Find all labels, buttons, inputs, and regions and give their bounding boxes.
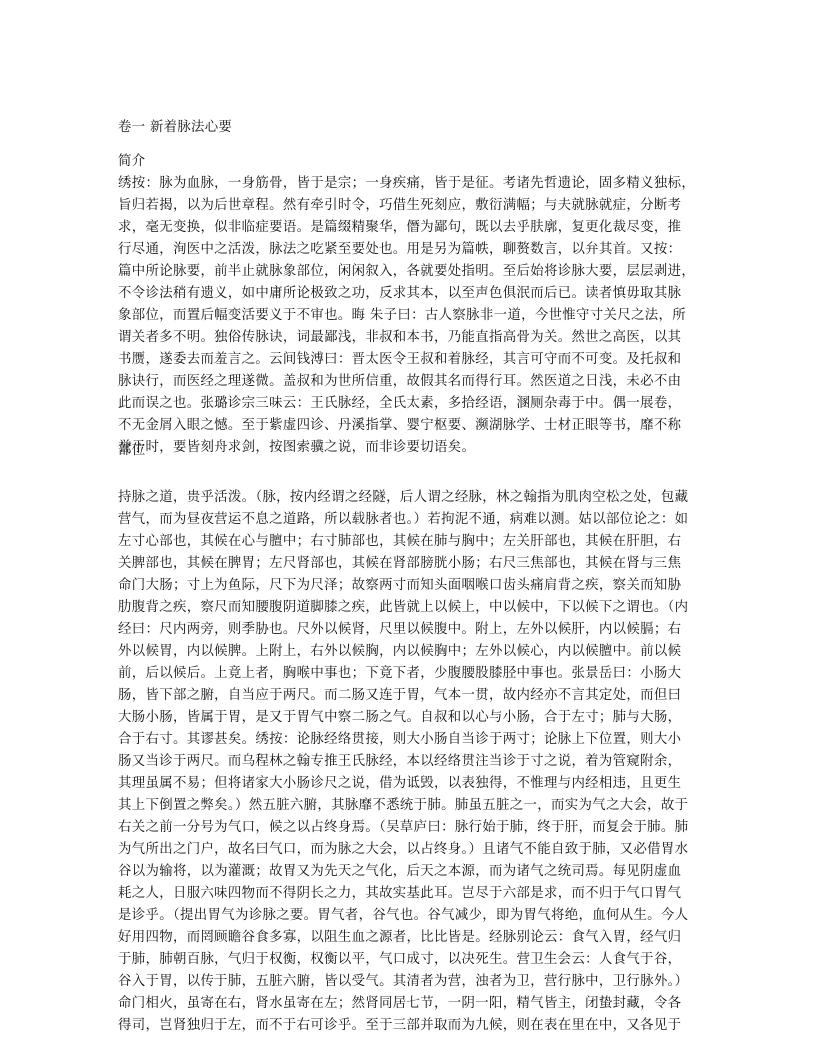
paragraph-line: 经曰：尺内两旁，则季胁也。尺外以候肾，尺里以候腹中。附上，左外以候肝，内以候膈；… [118, 619, 681, 641]
paragraph-line: 左寸心部也，其候在心与膻中；右寸肺部也，其候在肺与胸中；左关肝部也，其候在肝胆，… [118, 531, 681, 553]
paragraph-line: 不无金屑入眼之憾。至于紫虚四诊、丹溪指掌、婴宁枢要、濒湖脉学、士材正眼等书，靡不… [118, 415, 681, 437]
paragraph-line: 营气，而为昼夜营运不息之道路，所以载脉者也。）若拘泥不通，病难以测。姑以部位论之… [118, 509, 688, 531]
paragraph-line: 谷入于胃，以传于肺，五脏六腑，皆以受气。其清者为营，浊者为卫，营行脉中，卫行脉外… [118, 971, 688, 993]
paragraph-line: 命门相火，虽寄在右，肾水虽寄在左；然肾同居七节，一阴一阳，精气皆主，闭蛰封藏，令… [118, 993, 681, 1015]
chapter-title: 卷一 新着脉法心要 [118, 117, 232, 139]
paragraph-line: 其理虽属不易；但将诸家大小肠诊尺之说，借为诋毁，以表独得，不惟理与内经相违，且更… [118, 773, 681, 795]
section-heading: 简介 [118, 151, 145, 173]
paragraph-line: 谓关者多不明。独俗传脉诀，词最鄙浅，非叔和本书，乃能直指高骨为关。然世之高医，以… [118, 327, 681, 349]
paragraph-line: 肠，皆下部之腑，自当应于两尺。而二肠又连于胃，气本一贯，故内经亦不言其定处，而但… [118, 685, 681, 707]
paragraph-line: 命门大肠；寸上为鱼际，尺下为尺泽；故察两寸而知头面咽喉口齿头痛肩背之疾，察关而知… [118, 575, 681, 597]
paragraph-line: 肠又当诊于两尺。而乌程林之翰专推王氏脉经，本以经络贯注当诊于寸之说，着为管窥附余… [118, 751, 681, 773]
paragraph-line: 书赝，遂委去而羞言之。云间钱溥曰：晋太医令王叔和着脉经，其言可守而不可变。及托叔… [118, 349, 681, 371]
paragraph-line: 脉诀行，而医经之理遂微。盖叔和为世所信重，故假其名而得行耳。然医道之日浅，未必不… [118, 371, 681, 393]
paragraph-line: 象部位，而置后幅变活要义于不审也。晦 朱子曰：古人察脉非一道，今世惟守寸关尺之法… [118, 305, 686, 327]
paragraph-line: 此而误之也。张璐诊宗三味云：王氏脉经，全氏太素，多拾经语，溷厕杂毒于中。偶一展卷… [118, 393, 681, 415]
paragraph-line: 行尽通，洵医中之活泼，脉法之吃紧至要处也。用是另为篇帙，聊赘数言，以弁其首。又按… [118, 239, 681, 261]
paragraph-line: 合于右寸。其谬甚矣。绣按：论脉经络贯接，则大小肠自当诊于两寸；论脉上下位置，则大… [118, 729, 681, 751]
paragraph-line: 肋腹背之疾，察尺而知腰腹阴道脚膝之疾，此皆就上以候上，中以候中，下以候下之谓也。… [118, 597, 688, 619]
paragraph-line: 不令诊法稍有遗义，如中庸所论极致之功，反求其本，以至声色俱泯而后已。读者慎毋取其… [118, 283, 681, 305]
paragraph-line: 篇中所论脉要，前半止就脉象部位，闲闲叙入，各就要处指明。至后始将诊脉大要，层层剥… [118, 261, 695, 283]
paragraph-line: 耗之人，日服六味四物而不得阴长之力，其故实基此耳。岂尽于六部是求，而不归于气口胃… [118, 883, 681, 905]
paragraph-line: 为气所出之门户，故名曰气口，而为脉之大会，以占终身。）且诸气不能自致于肺，又必借… [118, 839, 688, 861]
paragraph-line: 绣按：脉为血脉，一身筋骨，皆于是宗；一身疾痛，皆于是征。考诸先哲遗论，固多精义独… [118, 173, 695, 195]
section-heading: 部位 [118, 440, 145, 462]
paragraph-line: 誉于时，要皆刻舟求剑，按图索骥之说，而非诊要切语矣。 [118, 437, 475, 459]
paragraph-line: 右关之前一分号为气口，候之以占终身焉。（吴草庐曰：脉行始于肺，终于肝，而复会于肺… [118, 817, 688, 839]
paragraph-line: 得司，岂肾独归于左，而不于右可诊乎。至于三部并取而为九候，则在表在里在中，又各见… [118, 1015, 681, 1037]
paragraph-line: 外以候胃，内以候脾。上附上，右外以候胸，内以候胸中；左外以候心，内以候膻中。前以… [118, 641, 681, 663]
paragraph-line: 大肠小肠，皆属于胃，是又于胃气中察二肠之气。自叔和以心与小肠，合于左寸；肺与大肠… [118, 707, 681, 729]
paragraph-line: 谷以为输将，以为灌溉；故胃又为先天之气化，后天之本源，而为诸气之统司焉。每见阴虚… [118, 861, 681, 883]
paragraph-line: 于肺，肺朝百脉，气归于权衡，权衡以平，气口成寸，以决死生。营卫生会云：人食气于谷… [118, 949, 681, 971]
paragraph-line: 关脾部也，其候在脾胃；左尺肾部也，其候在肾部膀胱小肠；右尺三焦部也，其候在肾与三… [118, 553, 681, 575]
paragraph-line: 求，毫无变换，似非临症要语。是篇缀精聚华，僭为鄙句，既以去乎肤廓，复更化裁尽变，… [118, 217, 681, 239]
paragraph-line: 是诊乎。（提出胃气为诊脉之要。胃气者，谷气也。谷气减少，即为胃气将绝，血何从生。… [118, 905, 688, 927]
paragraph-line: 好用四物，而罔顾瞻谷食多寡，以阻生血之源者，比比皆是。经脉别论云：食气入胃，经气… [118, 927, 681, 949]
paragraph-line: 持脉之道，贵乎活泼。（脉，按内经谓之经隧，后人谓之经脉，林之翰指为肌肉空松之处，… [118, 487, 688, 509]
paragraph-line: 其上下倒置之弊矣。）然五脏六腑，其脉靡不悉统于肺。肺虽五脏之一，而实为气之大会，… [118, 795, 688, 817]
paragraph-line: 前，后以候后。上竟上者，胸喉中事也；下竟下者，少腹腰股膝胫中事也。张景岳曰：小肠… [118, 663, 681, 685]
paragraph-line: 旨归若揭，以为后世章程。然有牵引时令，巧借生死刻应，敷衍满幅；与夫就脉就症，分断… [118, 195, 681, 217]
